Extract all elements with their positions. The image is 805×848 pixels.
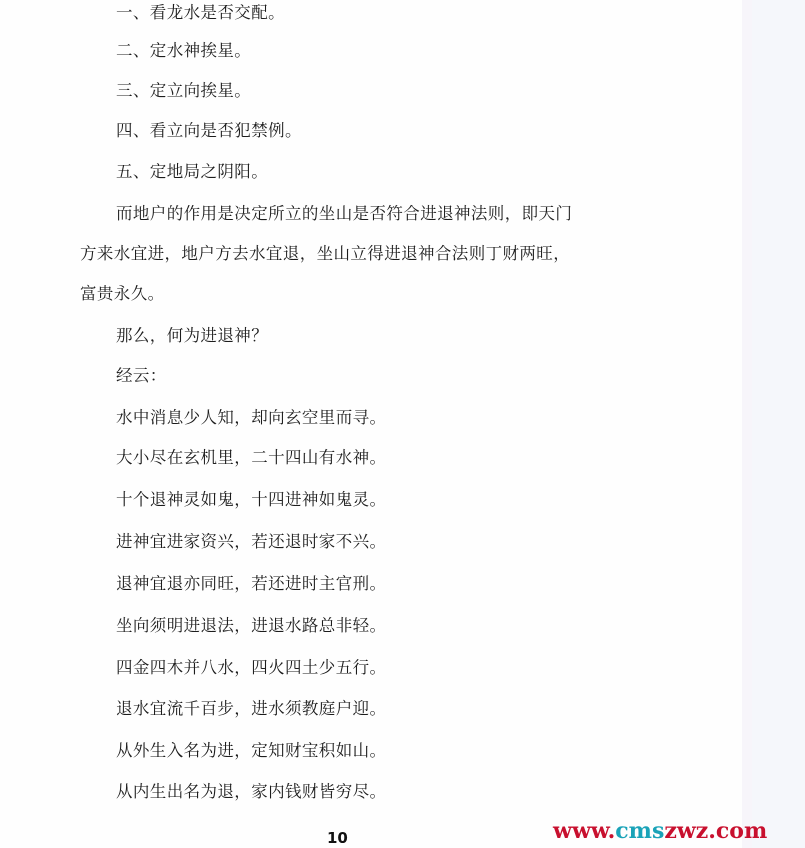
verse-line: 进神宜进家资兴，若还退时家不兴。	[116, 532, 386, 552]
verse-line: 坐向须明进退法，进退水路总非轻。	[116, 616, 386, 636]
list-item: 二、定水神挨星。	[116, 41, 251, 61]
verse-line: 水中消息少人知，却向玄空里而寻。	[116, 408, 386, 428]
list-item: 三、定立向挨星。	[116, 81, 251, 101]
list-item: 五、定地局之阴阳。	[116, 162, 268, 182]
list-item: 一、看龙水是否交配。	[116, 3, 285, 23]
verse-line: 四金四木并八水，四火四土少五行。	[116, 658, 386, 678]
verse-line: 从内生出名为退，家内钱财皆穷尽。	[116, 782, 386, 802]
paragraph-line: 富贵永久。	[80, 284, 165, 304]
verse-line: 从外生入名为进，定知财宝积如山。	[116, 741, 386, 761]
verse-line: 退神宜退亦同旺，若还进时主官刑。	[116, 574, 386, 594]
list-item: 四、看立向是否犯禁例。	[116, 121, 302, 141]
viewer-margin	[742, 0, 805, 848]
watermark-suffix: zwz.com	[664, 818, 767, 844]
watermark-prefix: www.	[553, 818, 615, 844]
page-number: 10	[327, 829, 348, 847]
question-line: 那么，何为进退神？	[116, 326, 268, 346]
verse-line: 十个退神灵如鬼，十四进神如鬼灵。	[116, 490, 386, 510]
paragraph-line: 而地户的作用是决定所立的坐山是否符合进退神法则，即天门	[116, 204, 572, 224]
watermark-middle: cms	[615, 818, 664, 844]
verse-line: 退水宜流千百步，进水须教庭户迎。	[116, 699, 386, 719]
site-watermark: www.cmszwz.com	[553, 818, 767, 844]
document-page: 一、看龙水是否交配。 二、定水神挨星。 三、定立向挨星。 四、看立向是否犯禁例。…	[0, 0, 742, 848]
scripture-intro: 经云：	[116, 366, 167, 386]
document-viewer: 一、看龙水是否交配。 二、定水神挨星。 三、定立向挨星。 四、看立向是否犯禁例。…	[0, 0, 805, 848]
verse-line: 大小尽在玄机里，二十四山有水神。	[116, 448, 386, 468]
paragraph-line: 方来水宜进，地户方去水宜退，坐山立得进退神合法则丁财两旺，	[80, 244, 570, 264]
